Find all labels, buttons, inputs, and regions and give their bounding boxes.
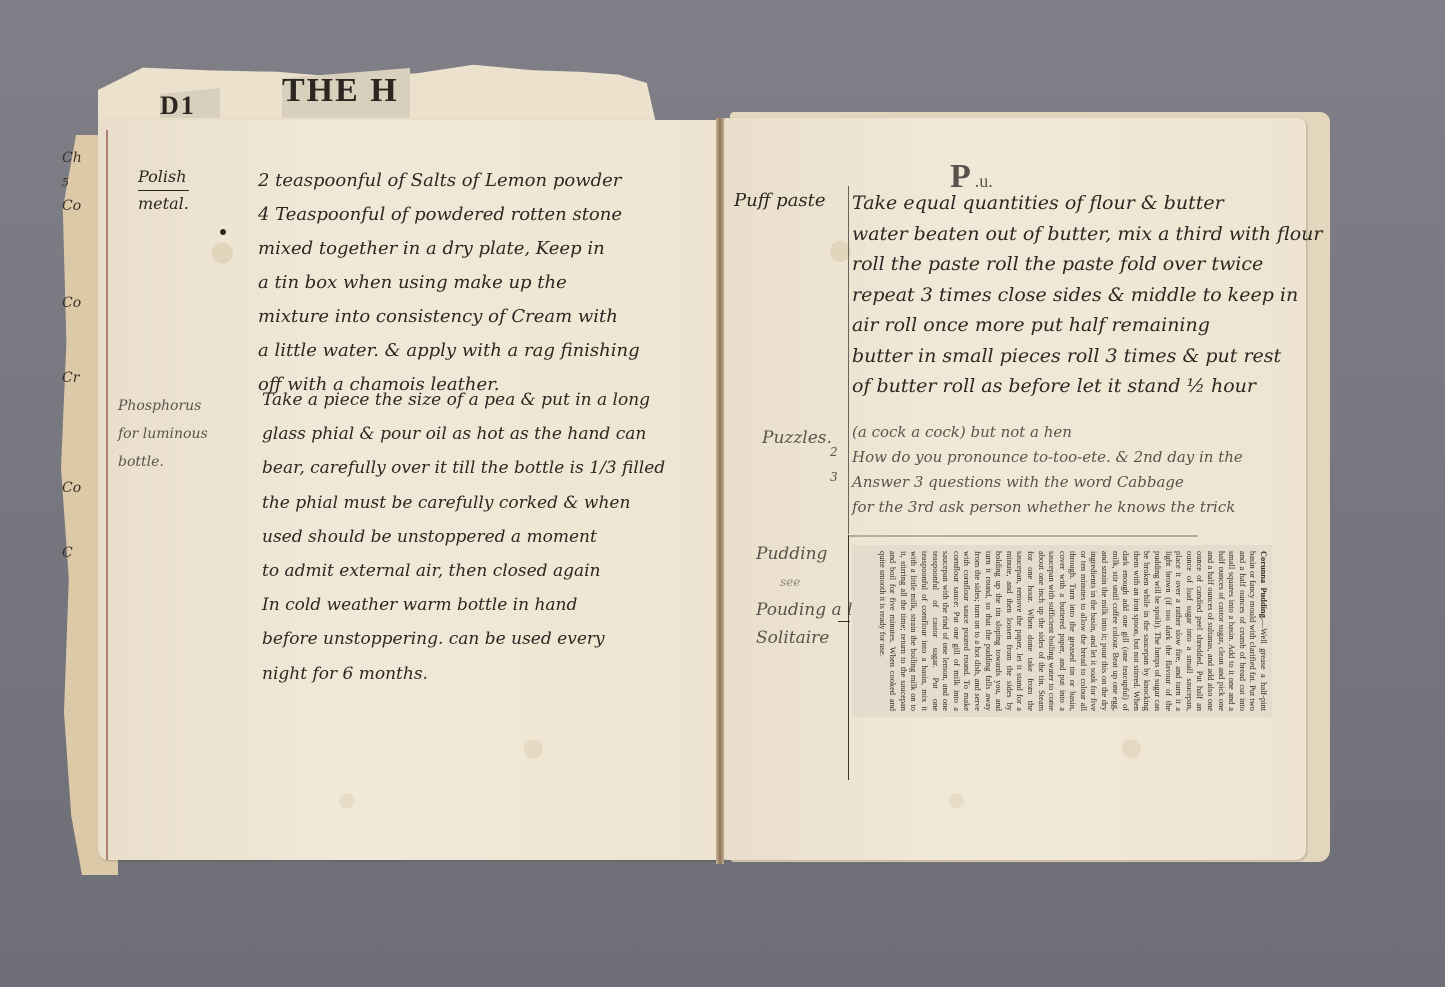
label-line: Solitaire <box>756 624 863 652</box>
puzzle-numbers: 2 3 <box>830 440 838 490</box>
book-spine-gutter <box>716 118 724 864</box>
label-line: Pouding a la <box>756 596 863 624</box>
stack-note: Co <box>62 480 81 496</box>
entry-body-puff-paste: Take equal quantities of flour & butter … <box>852 188 1322 402</box>
text-line: air roll once more put half remaining <box>852 310 1322 341</box>
text-line: of butter roll as before let it stand ½ … <box>852 371 1322 402</box>
label-line: Pudding <box>756 540 863 568</box>
text-line: night for 6 months. <box>262 657 665 691</box>
stack-note: Ch <box>62 150 82 166</box>
label-line: metal. <box>138 191 189 217</box>
text-line: butter in small pieces roll 3 times & pu… <box>852 341 1322 372</box>
open-recipe-book: THE H D1 Ch 5 Co Co Cr Co C Polish metal… <box>0 0 1445 987</box>
text-line: before unstoppering. can be used every <box>262 622 665 656</box>
clipping-left-rule <box>848 535 849 780</box>
label-line: Polish <box>138 164 189 191</box>
entry-body-polish-metal: 2 teaspoonful of Salts of Lemon powder 4… <box>258 164 640 402</box>
entry-label-phosphorus: Phosphorus for luminous bottle. <box>118 392 208 476</box>
clipping-title: Corunna Pudding. <box>1259 551 1268 620</box>
text-line: In cold weather warm bottle in hand <box>262 588 665 622</box>
text-line: bear, carefully over it till the bottle … <box>262 451 665 485</box>
entry-label-polish-metal: Polish metal. <box>138 164 189 217</box>
entry-body-phosphorus: Take a piece the size of a pea & put in … <box>262 383 665 691</box>
entry-body-puzzles: (a cock a cock) but not a hen How do you… <box>852 420 1243 520</box>
text-line: used should be unstoppered a moment <box>262 520 665 554</box>
entry-label-puzzles: Puzzles. <box>762 428 832 448</box>
label-line: Phosphorus <box>118 392 208 420</box>
puzzle-line: Answer 3 questions with the word Cabbage <box>852 470 1243 495</box>
puzzle-line: (a cock a cock) but not a hen <box>852 420 1243 445</box>
stack-note: Cr <box>62 370 79 386</box>
text-line: mixture into consistency of Cream with <box>258 300 640 334</box>
entry-label-puff-paste: Puff paste <box>734 190 826 211</box>
puzzle-number: 2 <box>830 440 838 465</box>
label-line-see: see <box>756 568 863 596</box>
text-line: repeat 3 times close sides & middle to k… <box>852 280 1322 311</box>
stack-note: 5 <box>62 176 69 189</box>
text-line: Take a piece the size of a pea & put in … <box>262 383 665 417</box>
text-line: roll the paste roll the paste fold over … <box>852 249 1322 280</box>
clipping-body: —Well grease a half-pint basin or fancy … <box>878 551 1268 711</box>
newspaper-clipping-corunna-pudding: Corunna Pudding.—Well grease a half-pint… <box>852 545 1272 717</box>
clipping-text-rotated: Corunna Pudding.—Well grease a half-pint… <box>852 545 1272 717</box>
column-rule <box>848 186 849 534</box>
text-line: water beaten out of butter, mix a third … <box>852 219 1322 250</box>
ink-dot <box>220 229 226 235</box>
puzzle-line: How do you pronounce to-too-ete. & 2nd d… <box>852 445 1243 470</box>
text-line: 2 teaspoonful of Salts of Lemon powder <box>258 164 640 198</box>
clipping-top-rule <box>848 535 1198 537</box>
stack-note: Co <box>62 198 81 214</box>
text-line: a tin box when using make up the <box>258 266 640 300</box>
label-line: bottle. <box>118 448 208 476</box>
puzzle-line: for the 3rd ask person whether he knows … <box>852 495 1243 520</box>
left-margin-rule <box>106 130 108 860</box>
text-line: glass phial & pour oil as hot as the han… <box>262 417 665 451</box>
label-line: for luminous <box>118 420 208 448</box>
text-line: the phial must be carefully corked & whe… <box>262 486 665 520</box>
stack-note: C <box>62 545 73 561</box>
stack-note: Co <box>62 295 81 311</box>
text-line: mixed together in a dry plate, Keep in <box>258 232 640 266</box>
text-line: a little water. & apply with a rag finis… <box>258 334 640 368</box>
text-line: 4 Teaspoonful of powdered rotten stone <box>258 198 640 232</box>
puzzle-number: 3 <box>830 465 838 490</box>
text-line: to admit external air, then closed again <box>262 554 665 588</box>
text-line: Take equal quantities of flour & butter <box>852 188 1322 219</box>
entry-label-pudding: Pudding see Pouding a la Solitaire <box>756 540 863 652</box>
